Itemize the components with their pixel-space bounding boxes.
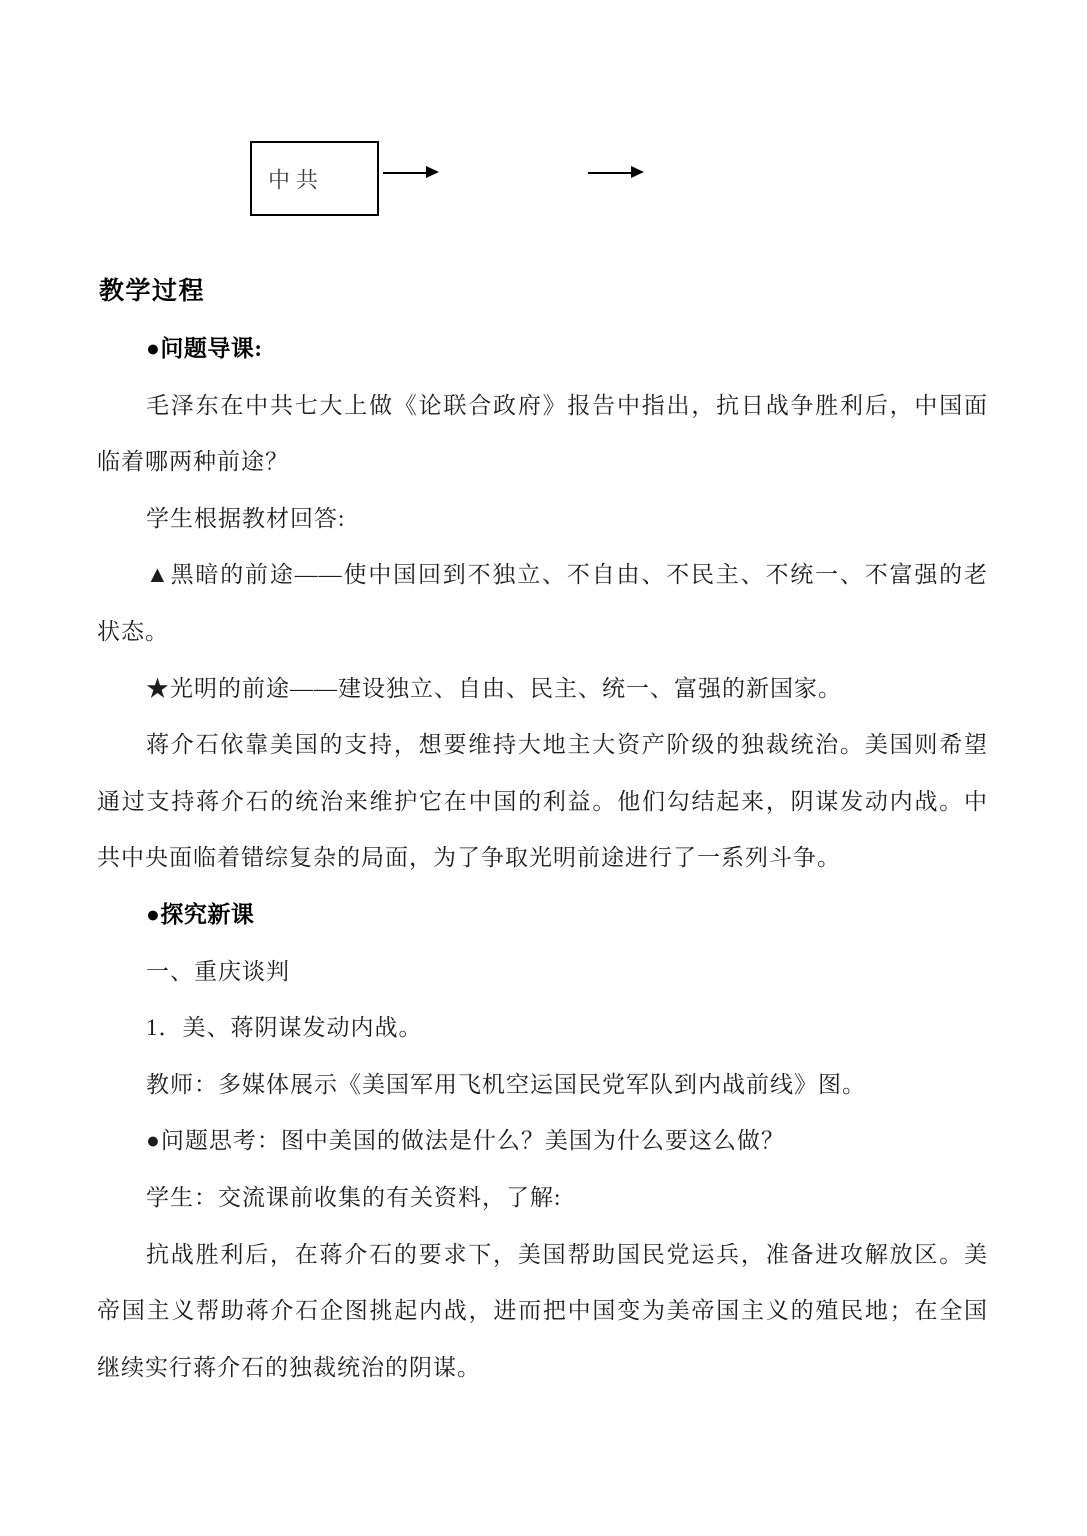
paragraph-line: ★光明的前途——建设独立、自由、民主、统一、富强的新国家。 xyxy=(97,661,988,718)
paragraph-line: ▲黑暗的前途——使中国回到不独立、不自由、不民主、不统一、不富强的老 xyxy=(97,547,988,604)
arrow-right-icon xyxy=(383,172,426,174)
paragraph-line: 通过支持蒋介石的统治来维护它在中国的利益。他们勾结起来，阴谋发动内战。中 xyxy=(97,774,988,831)
paragraph-line: 抗战胜利后，在蒋介石的要求下，美国帮助国民党运兵，准备进攻解放区。美 xyxy=(97,1227,988,1284)
document-body: ●问题导课: 毛泽东在中共七大上做《论联合政府》报告中指出，抗日战争胜利后，中国… xyxy=(97,321,988,1396)
flow-box-label: 中共 xyxy=(268,163,324,194)
flow-box: 中共 xyxy=(250,141,379,216)
paragraph-line: 继续实行蒋介石的独裁统治的阴谋。 xyxy=(97,1340,988,1397)
page-title: 教学过程 xyxy=(99,271,205,307)
paragraph-line: 一、重庆谈判 xyxy=(97,944,988,1001)
paragraph-line: 1．美、蒋阴谋发动内战。 xyxy=(97,1000,988,1057)
paragraph-line: 蒋介石依靠美国的支持，想要维持大地主大资产阶级的独裁统治。美国则希望 xyxy=(97,717,988,774)
paragraph-line: 教师：多媒体展示《美国军用飞机空运国民党军队到内战前线》图。 xyxy=(97,1057,988,1114)
document-page: 中共 教学过程 ●问题导课: 毛泽东在中共七大上做《论联合政府》报告中指出，抗日… xyxy=(0,0,1087,1536)
section-bullet-heading: ●问题导课: xyxy=(97,321,988,378)
section-bullet-heading: ●探究新课 xyxy=(97,887,988,944)
paragraph-line: 状态。 xyxy=(97,604,988,661)
paragraph-line: 临着哪两种前途？ xyxy=(97,434,988,491)
arrow-right-icon xyxy=(588,172,631,174)
paragraph-line: ●问题思考：图中美国的做法是什么？美国为什么要这么做？ xyxy=(97,1113,988,1170)
paragraph-line: 帝国主义帮助蒋介石企图挑起内战，进而把中国变为美帝国主义的殖民地；在全国 xyxy=(97,1283,988,1340)
paragraph-line: 共中央面临着错综复杂的局面，为了争取光明前途进行了一系列斗争。 xyxy=(97,830,988,887)
paragraph-line: 学生根据教材回答: xyxy=(97,491,988,548)
paragraph-line: 毛泽东在中共七大上做《论联合政府》报告中指出，抗日战争胜利后，中国面 xyxy=(97,378,988,435)
paragraph-line: 学生：交流课前收集的有关资料，了解: xyxy=(97,1170,988,1227)
